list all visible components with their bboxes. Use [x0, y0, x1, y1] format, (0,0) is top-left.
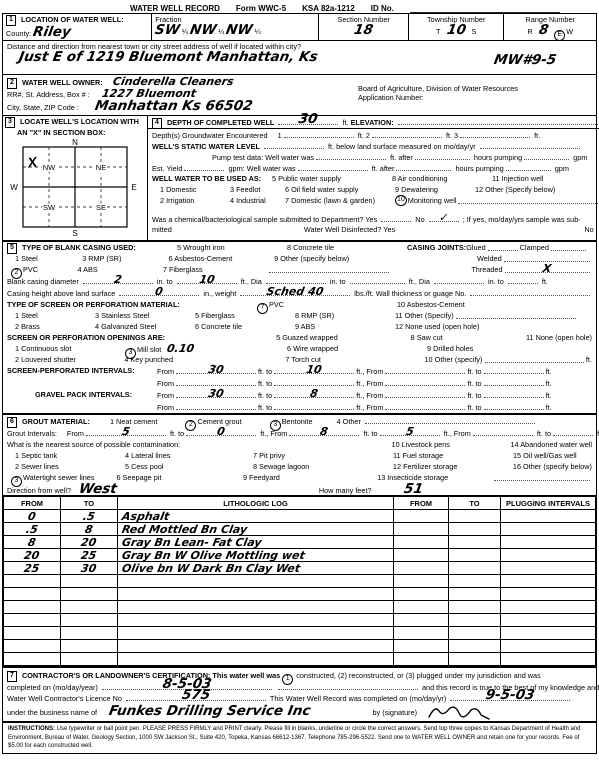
log-row-empty: [4, 653, 596, 666]
log-row-empty: [4, 627, 596, 640]
township-value: 10: [445, 24, 466, 38]
log-to: 25: [80, 550, 97, 561]
depth-row: 4 DEPTH OF COMPLETED WELL 30 ft. ELEVATI…: [148, 116, 599, 129]
ft-to-label: ft. to: [363, 429, 377, 438]
welded-label: Welded: [477, 253, 502, 264]
range-r: R: [527, 27, 532, 36]
licence-label: Water Well Contractor's Licence No: [7, 694, 122, 703]
quarter-symbol: ¼: [218, 27, 224, 36]
spi-dots-1: 30: [176, 365, 256, 374]
gpi-dots-1: 30: [176, 389, 256, 398]
log-to: .5: [82, 511, 96, 522]
dia-dots-1: 2: [83, 275, 153, 284]
compass-east-label: E: [131, 183, 136, 192]
business-name-label: under the business name of: [7, 708, 97, 717]
option: 1 Neat cement: [110, 417, 157, 426]
threaded-dots: X: [505, 264, 590, 273]
option: 3 RMP (SR): [82, 253, 168, 264]
option: 3 Feedlot: [230, 184, 285, 195]
static-dots-2: [480, 140, 580, 149]
option: 9 ABS: [295, 321, 395, 332]
gpi2-dots-2: [274, 401, 354, 410]
range-cell: Range Number R 8 EW: [504, 14, 596, 40]
section-3-location-box: 3 LOCATE WELL'S LOCATION WITH AN "X" IN …: [3, 116, 148, 240]
section-3-4-row: 3 LOCATE WELL'S LOCATION WITH AN "X" IN …: [3, 115, 596, 240]
document-header: WATER WELL RECORD Form WWC-5 KSA 82a-121…: [0, 0, 599, 13]
option: 8 RMP (SR): [295, 310, 395, 321]
est-dots-2: [298, 162, 368, 171]
screen-pvc-label: PVC: [269, 300, 284, 309]
option: 6 Asbestos-Cement: [169, 253, 275, 264]
water-well-record-form: { "header": {"title":"WATER WELL RECORD"…: [0, 0, 599, 763]
ft-label: ft.: [342, 118, 348, 127]
feet-value: 51: [402, 483, 423, 497]
contamination-header-row: What is the nearest source of possible c…: [3, 439, 596, 450]
in-to-label-3: in. to: [488, 277, 504, 286]
option: 1 Domestic: [160, 184, 230, 195]
form-number: Form WWC-5: [236, 4, 286, 13]
gi-dots-6: [553, 427, 593, 436]
casing-height-label: Casing height above land surface: [7, 289, 115, 298]
casing-row-1: 5 TYPE OF BLANK CASING USED: 5 Wrought i…: [3, 242, 596, 253]
ft-from-label: ft., From: [356, 379, 383, 388]
option: 7 Pit privy: [253, 450, 393, 461]
certification-text-1: constructed, (2) reconstructed, or (3) p…: [296, 671, 541, 680]
date1-dots-2: [278, 681, 418, 690]
option: 5 Public water supply: [272, 173, 392, 184]
certification-row-1: 7 CONTRACTOR'S OR LANDOWNER'S CERTIFICAT…: [3, 670, 596, 681]
option: 5 Wrought iron: [177, 242, 287, 253]
option: 2 Brass: [15, 321, 95, 332]
date2-dots: 9-5-03: [450, 692, 570, 701]
option: 4 Galvanized Steel: [95, 321, 195, 332]
section-4-depth: 4 DEPTH OF COMPLETED WELL 30 ft. ELEVATI…: [148, 116, 599, 240]
option: 2 Louvered shutter: [15, 354, 124, 365]
static-dots-1: [264, 140, 324, 149]
pump-hours-label: hours pumping: [474, 153, 522, 162]
option: 14 Abandoned water well: [510, 439, 592, 450]
log-header-to: TO: [61, 496, 118, 510]
use-as-row-1: WELL WATER TO BE USED AS: 5 Public water…: [148, 173, 599, 184]
compass-west-label: W: [10, 183, 18, 192]
option: 2 Sewer lines: [15, 461, 125, 472]
weight-dots: Sched 40: [240, 287, 350, 296]
elevation-label: ELEVATION:: [351, 118, 394, 127]
casing-other-dots: [269, 264, 389, 273]
log-to: 30: [80, 563, 97, 574]
distance-row: Distance and direction from nearest town…: [3, 40, 596, 74]
option: 2 Irrigation: [160, 195, 230, 206]
ft-to-label: ft. to: [258, 391, 272, 400]
pump-www-label: Well water was: [265, 153, 314, 162]
owner-fields: 2 WATER WELL OWNER: Cinderella Cleaners …: [3, 75, 358, 115]
contamination-row-2: 1 Septic tank 4 Lateral lines 7 Pit priv…: [3, 450, 596, 461]
monitoring-well-number-circled: 10: [395, 195, 407, 206]
gw-1: 1: [278, 131, 282, 140]
direction-label: Direction from well?: [7, 486, 71, 495]
log-from: .5: [25, 524, 39, 535]
from-label: From: [157, 391, 174, 400]
quadrant-se-label: SE: [96, 203, 106, 212]
ft-label: ft.: [546, 379, 552, 388]
from-label: From: [157, 379, 174, 388]
lithologic-log-table: FROM TO LITHOLOGIC LOG FROM TO PLUGGING …: [3, 495, 596, 666]
section-7-number: 7: [7, 671, 17, 682]
grout-intervals-label: Grout Intervals:: [7, 429, 57, 438]
ft-to-label: ft. to: [537, 429, 551, 438]
from-label: From: [67, 429, 84, 438]
log-header-row: FROM TO LITHOLOGIC LOG FROM TO PLUGGING …: [4, 496, 596, 510]
option: 11 None (open hole): [526, 332, 592, 343]
agency-info: Board of Agriculture, Division of Water …: [358, 75, 596, 115]
city-label: City, State, ZIP Code :: [7, 103, 79, 112]
section-3-title-1: LOCATE WELL'S LOCATION WITH: [20, 117, 139, 126]
option: 10 Other (specify): [425, 354, 483, 365]
log-row-empty: [4, 575, 596, 588]
diameter-depth-value: 10: [198, 274, 215, 285]
gravel-pack-row-2: Fromft. toft., Fromft. toft.: [3, 401, 596, 413]
gravel-pack-label: GRAVEL PACK INTERVALS:: [7, 389, 157, 401]
quadrant-sw-label: SW: [43, 203, 56, 212]
spi-dots-2: 10: [274, 365, 354, 374]
sample-question-row: Was a chemical/bacteriological sample su…: [148, 213, 599, 224]
option: 7 Torch cut: [285, 354, 424, 365]
option: 16 Other (specify below): [513, 461, 592, 472]
city-value: Manhattan Ks 66502: [94, 100, 254, 114]
glued-dots: [488, 242, 518, 251]
casing-diameter-label: Blank casing diameter: [7, 277, 79, 286]
groundwater-label: Depth(s) Groundwater Encountered: [152, 131, 268, 140]
option: 5 Guazed wrapped: [276, 332, 411, 343]
section-box-diagram: N S W E NW NE SW SE X: [5, 137, 145, 237]
disinfected-row: mitted Water Well Disinfected? Yes No ✓: [148, 224, 599, 235]
pump-test-label: Pump test data:: [212, 153, 263, 162]
screen-intervals-label: SCREEN-PERFORATED INTERVALS:: [7, 365, 157, 377]
option: 8 Air conditioning: [392, 173, 492, 184]
log-from: 25: [23, 563, 40, 574]
casing-row-3: 2PVC 4 ABS 7 Fiberglass Threaded X: [3, 264, 596, 275]
welded-dots: [504, 253, 590, 262]
county-cell: 1 LOCATION OF WATER WELL: County: Riley: [3, 14, 152, 40]
option: 1 Steel: [15, 253, 82, 264]
record-completed-label: This Water Well Record was completed on …: [270, 694, 446, 703]
quarter-symbol: ¼: [255, 27, 261, 36]
pump-dots-1: [316, 151, 386, 160]
log-row: 2530Olive bn W Dark Bn Clay Wet: [4, 562, 596, 575]
log-row-empty: [4, 640, 596, 653]
certification-row-3: Water Well Contractor's Licence No 575 T…: [3, 692, 596, 703]
section-1-title: LOCATION OF WATER WELL:: [21, 15, 124, 24]
option: 6 Seepage pit: [116, 472, 243, 483]
ft-from-label: ft., From: [444, 429, 471, 438]
gw-3: ft. 3: [446, 131, 458, 140]
clamped-label: Clamped: [520, 242, 549, 253]
fraction-value-1: SW: [154, 24, 181, 38]
depth-value: 30: [298, 113, 319, 127]
est-after-label: ft. after: [372, 164, 395, 173]
log-row: 0.5Asphalt: [4, 510, 596, 523]
weight-value: Sched 40: [266, 286, 325, 297]
screen-material-row-3: 2 Brass 4 Galvanized Steel 6 Concrete ti…: [3, 321, 596, 332]
grout-interval-2-to: 5: [405, 426, 415, 437]
in-weight-label: in., weight: [203, 289, 236, 298]
ft-from-label: ft., From: [356, 367, 383, 376]
est-dots-1: [184, 162, 224, 171]
screen-interval-to: 10: [306, 364, 323, 375]
gravel-pack-row-1: GRAVEL PACK INTERVALS: From30ft. to8ft.,…: [3, 389, 596, 401]
openings-row-3: 2 Louvered shutter 4 Key punched 7 Torch…: [3, 354, 596, 365]
casing-height-row: Casing height above land surface 0 in., …: [3, 287, 596, 299]
section-number-value: 18: [353, 24, 374, 38]
gpi2-dots-4: [484, 401, 544, 410]
range-w: W: [566, 27, 573, 36]
signature-label: by (signature): [372, 708, 417, 717]
licence-value: 575: [181, 689, 212, 703]
ft-dia-label-2: ft., Dia: [409, 277, 430, 286]
section-1-location: 1 LOCATION OF WATER WELL: County: Riley …: [3, 14, 596, 40]
screen-intervals-row-2: Fromft. toft., Fromft. toft.: [3, 377, 596, 389]
log-row-empty: [4, 601, 596, 614]
option: 9 Drilled holes: [427, 343, 473, 354]
ft-label: ft.: [546, 391, 552, 400]
log-from: 8: [27, 537, 37, 548]
ft-label: ft.: [546, 403, 552, 412]
option: 12 None used (open hole): [395, 321, 479, 332]
certification-title: CONTRACTOR'S OR LANDOWNER'S CERTIFICATIO…: [22, 671, 280, 680]
gi-dots-1: 5: [86, 427, 166, 436]
log-desc: Red Mottled Bn Clay: [121, 524, 248, 535]
option: 9 Dewatering: [395, 184, 475, 195]
county-value: Riley: [32, 26, 72, 40]
sample-question-wrap: mitted: [152, 225, 172, 234]
township-s: S: [471, 27, 476, 36]
use-as-row-2: 1 Domestic 3 Feedlot 6 Oil field water s…: [148, 184, 599, 195]
option: 9 Feedyard: [243, 472, 377, 483]
grout-title: GROUT MATERIAL:: [22, 417, 90, 426]
gpi2-dots-3: [385, 401, 465, 410]
mill-slot-value: 0.10: [166, 343, 195, 354]
section-2-owner: 2 WATER WELL OWNER: Cinderella Cleaners …: [3, 74, 596, 115]
log-header-plugging: PLUGGING INTERVALS: [501, 496, 596, 510]
height-value: 0: [155, 286, 165, 297]
from-label: From: [157, 403, 174, 412]
pump-dots-3: [524, 151, 569, 160]
well-location-x-mark: X: [26, 153, 40, 171]
option: 11 Fuel storage: [393, 450, 513, 461]
option: 8 Sewage lagoon: [253, 461, 393, 472]
casing-title: TYPE OF BLANK CASING USED:: [22, 243, 136, 252]
range-label: Range Number: [507, 15, 593, 24]
guage-dots: [470, 287, 590, 296]
gravel-interval-from: 30: [207, 388, 224, 399]
option: 8 Concrete tile: [287, 242, 407, 253]
address-label: RR#, St. Address, Box # :: [7, 90, 90, 99]
id-number-line: [410, 4, 560, 13]
option: 4 Other: [337, 417, 361, 426]
monitoring-well-label: Monitoring well: [408, 195, 457, 206]
section-6-grout: 6 GROUT MATERIAL: 1 Neat cement 2Cement …: [3, 413, 596, 495]
openings-row-1: SCREEN OR PERFORATION OPENINGS ARE: 5 Gu…: [3, 332, 596, 343]
from-label: From: [157, 367, 174, 376]
dia-dots-5: [434, 275, 484, 284]
option: 1 Steel: [15, 310, 95, 321]
option: 5 Fiberglass: [195, 310, 295, 321]
owner-title: WATER WELL OWNER:: [22, 78, 103, 87]
option: 8 Saw cut: [411, 332, 526, 343]
log-to: 8: [84, 524, 94, 535]
log-header-to2: TO: [449, 496, 501, 510]
static-level-label: WELL'S STATIC WATER LEVEL: [152, 142, 260, 151]
log-header-lithologic: LITHOLOGIC LOG: [118, 496, 394, 510]
ft-to-label: ft. to: [467, 403, 481, 412]
compass-south-label: S: [72, 229, 77, 237]
section-4-number: 4: [152, 118, 162, 129]
log-from: 20: [23, 550, 40, 561]
clamped-dots: [551, 242, 586, 251]
licence-dots: 575: [126, 692, 266, 701]
est-gpm-label: gpm:: [228, 164, 244, 173]
ft-to-label: ft. to: [170, 429, 184, 438]
screen-interval-from: 30: [207, 364, 224, 375]
grout-interval-1-from: 5: [121, 426, 131, 437]
option: 6 Oil field water supply: [285, 184, 395, 195]
log-from: 0: [27, 511, 37, 522]
casing-joints-title: CASING JOINTS:: [407, 242, 466, 253]
openings-row-2: 1 Continuous slot 3Mill slot 0.10 6 Wire…: [3, 343, 596, 354]
log-row: 2025Gray Bn W Olive Mottling wet: [4, 549, 596, 562]
option: 13 Insecticide storage: [377, 472, 492, 483]
groundwater-row: Depth(s) Groundwater Encountered 1 ft. 2…: [148, 129, 599, 140]
lbs-label: lbs./ft. Wall thickness or guage No.: [354, 289, 466, 298]
township-cell: Township Number T 10 S: [409, 14, 505, 40]
sample-question: Was a chemical/bacteriological sample su…: [152, 215, 377, 224]
log-row: .58Red Mottled Bn Clay: [4, 523, 596, 536]
gpi-dots-2: 8: [274, 389, 354, 398]
pump-dots-2: [415, 151, 470, 160]
section-2-number: 2: [7, 78, 17, 89]
est-www-label: Well water was: [247, 164, 296, 173]
spi2-dots-1: [176, 377, 256, 386]
well-number-value: MW#9-5: [493, 54, 557, 68]
log-row-empty: [4, 614, 596, 627]
disinfected-label: Water Well Disinfected? Yes: [304, 225, 395, 234]
gravel-interval-to: 8: [309, 388, 319, 399]
gw-2: ft. 2: [358, 131, 370, 140]
dia-dots-6: [508, 275, 538, 284]
township-t: T: [436, 27, 440, 36]
gi-dots-4: 5: [380, 427, 440, 436]
pump-after-label: ft. after: [390, 153, 413, 162]
fraction-cell: Fraction SW ¼ NW ¼ NW ¼: [152, 14, 319, 40]
option: 4 Key punched: [124, 354, 285, 365]
gpi-dots-4: [484, 389, 544, 398]
gw-ft: ft.: [534, 131, 540, 140]
spi2-dots-4: [484, 377, 544, 386]
instructions-text: Use typewriter or ball point pen. PLEASE…: [8, 726, 580, 749]
signature: [425, 703, 495, 721]
contamination-row-3: 2 Sewer lines 5 Cess pool 8 Sewage lagoo…: [3, 461, 596, 472]
section-3-title-2: AN "X" IN SECTION BOX:: [17, 128, 145, 137]
option: 1 Septic tank: [15, 450, 125, 461]
ft-to-label: ft. to: [467, 367, 481, 376]
elevation-dots: [398, 116, 599, 125]
sample-no-check: ✓: [438, 212, 449, 223]
ksa-statute: KSA 82a-1212: [302, 4, 355, 13]
est-dots-4: [506, 162, 551, 171]
openings-title: SCREEN OR PERFORATION OPENINGS ARE:: [7, 332, 276, 343]
log-desc: Gray Bn W Olive Mottling wet: [121, 550, 306, 561]
screen-intervals-row-1: SCREEN-PERFORATED INTERVALS: From30ft. t…: [3, 365, 596, 377]
gw-dots-1: [284, 129, 354, 138]
section-5-number: 5: [7, 243, 17, 254]
threaded-label: Threaded: [471, 264, 502, 275]
option: 7 Domestic (lawn & garden): [285, 195, 395, 206]
compass-north-label: N: [72, 138, 78, 147]
board-label: Board of Agriculture, Division of Water …: [358, 84, 592, 93]
grout-intervals-row: Grout Intervals: From5 ft. to0 ft., From…: [3, 427, 596, 439]
option: 11 Other (Specify): [395, 310, 454, 321]
fraction-value-3: NW: [225, 24, 254, 38]
gpi2-dots-1: [176, 401, 256, 410]
direction-value: West: [78, 483, 118, 497]
direction-row: Direction from well? West How many feet?…: [3, 483, 596, 495]
option: 12 Other (Specify below): [475, 184, 585, 195]
est-gpm2-label: gpm: [555, 164, 569, 173]
option: 11 Injection well: [492, 173, 592, 184]
form-body: 1 LOCATION OF WATER WELL: County: Riley …: [2, 13, 597, 754]
pump-test-row: Pump test data: Well water was ft. after…: [148, 151, 599, 162]
sample-yes-dots: [381, 213, 411, 222]
static-mid-label: ft. below land surface measured on mo/da…: [328, 142, 476, 151]
disinfected-no-label: No: [584, 224, 593, 235]
quadrant-ne-label: NE: [96, 163, 106, 172]
openings-ft: ft.: [586, 354, 592, 365]
option: 3 Stainless Steel: [95, 310, 195, 321]
use-as-row-3: 2 Irrigation 4 Industrial 7 Domestic (la…: [148, 195, 599, 206]
ft-from-label: ft., From: [356, 391, 383, 400]
ft-to-label: ft. to: [258, 367, 272, 376]
dia-dots-3: [266, 275, 326, 284]
ft-label-end: ft.: [542, 277, 548, 286]
section-number-cell: Section Number 18: [319, 14, 409, 40]
dia-dots-4: [350, 275, 405, 284]
option: 5 Cess pool: [125, 461, 253, 472]
log-row-empty: [4, 588, 596, 601]
instructions-label: INSTRUCTIONS:: [8, 726, 55, 732]
contamination-other-dots: [494, 472, 590, 481]
est-yield-label: Est. Yield: [152, 164, 182, 173]
screen-material-row-2: 1 Steel 3 Stainless Steel 5 Fiberglass 8…: [3, 310, 596, 321]
county-label: County:: [6, 29, 31, 38]
openings-other-dots: [485, 354, 584, 363]
contamination-label: What is the nearest source of possible c…: [7, 439, 392, 450]
gi-dots-3: 8: [289, 427, 359, 436]
gi-dots-5: [473, 427, 533, 436]
depth-dots: 30: [278, 116, 338, 125]
sample-no-label: No: [415, 215, 424, 224]
screen-material-row-1: TYPE OF SCREEN OR PERFORATION MATERIAL: …: [3, 299, 596, 310]
fraction-value-2: NW: [189, 24, 218, 38]
use-as-label: WELL WATER TO BE USED AS:: [152, 173, 272, 184]
monitoring-dots: [458, 195, 599, 204]
in-to-label-2: in. to: [330, 277, 346, 286]
feet-label: How many feet?: [319, 486, 372, 495]
log-row: 820Gray Bn Lean- Fat Clay: [4, 536, 596, 549]
depth-label: DEPTH OF COMPLETED WELL: [167, 118, 274, 127]
sample-question-2: ; If yes, mo/day/yrs sample was sub-: [463, 215, 581, 224]
screen-other-dots: [456, 310, 576, 319]
est-yield-row: Est. Yield gpm: Well water was ft. after…: [148, 162, 599, 173]
